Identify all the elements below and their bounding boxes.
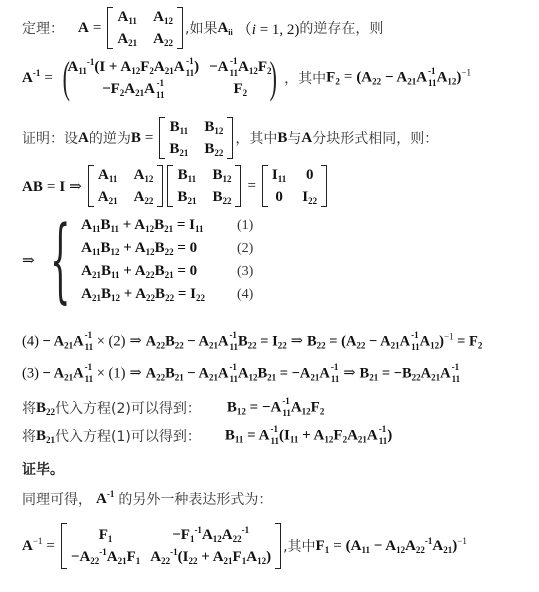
sub-1-result: B12 = −A-111A12F2: [227, 399, 324, 417]
derivation-1: (4) − A21A-111 × (2)⇒A22B22 − A21A-111B2…: [22, 330, 482, 354]
inverse-lhs: A-1=: [22, 70, 57, 87]
proof-intro-mid: 的逆为: [89, 128, 131, 148]
alt-intro-suffix: 的另外一种表达形式为：: [118, 489, 272, 509]
sub-2-result: B11 = A-111(I11 + A12F2A21A-111): [225, 427, 392, 445]
proof-var-A2: A: [301, 130, 312, 147]
qed: 证毕。: [22, 459, 64, 479]
theorem-statement: 定理： A= A11A12 A21A22 ,如果 Aii （i = 1, 2) …: [22, 6, 383, 50]
alt-where-label: ,其中: [283, 536, 315, 556]
matrix-B-lhs: B=: [131, 130, 157, 147]
sub-1-text: 代入方程(2)可以得到：: [55, 398, 201, 418]
ab-matrix-A: A11A12 A21A22: [88, 165, 164, 207]
ab-matrix-B: B11B12 B21B22: [167, 165, 241, 207]
equation-system: ⇒ { A11B11 + A12B21 = I11 (1) A11B12 + A…: [22, 212, 253, 308]
condition-range: （i = 1, 2): [237, 18, 300, 39]
document-page: 定理： A= A11A12 A21A22 ,如果 Aii （i = 1, 2) …: [0, 0, 539, 592]
ab-equation: AB=I⇒ A11A12 A21A22 B11B12 B21B22 = I110…: [22, 164, 329, 208]
implies-arrow: ⇒: [22, 251, 35, 270]
inverse-formula: A-1= ( A11-1(I + A12F2A21A-111) −A-111A1…: [22, 54, 471, 102]
substitution-2: 将 B21 代入方程(1)可以得到： B11 = A-111(I11 + A12…: [22, 424, 392, 448]
proof-intro-suffix-2: 与: [287, 128, 301, 148]
eq-number-4: (4): [237, 284, 253, 305]
sub-2-text: 代入方程(1)可以得到：: [55, 426, 201, 446]
left-brace: {: [50, 214, 70, 306]
proof-intro-suffix-3: 分块形式相同，则：: [312, 128, 438, 148]
alternative-formula: A−1= F1 −F1-1A12A22-1 −A22-1A21F1 A22-1(…: [22, 522, 467, 570]
condition-var: Aii: [217, 20, 232, 37]
matrix-B: B11B12 B21B22: [159, 117, 233, 159]
eq-number-3: (3): [237, 261, 253, 282]
theorem-label: 定理：: [22, 18, 64, 38]
proof-intro-prefix: 证明：设: [22, 128, 78, 148]
system-equations: A11B11 + A12B21 = I11 (1) A11B12 + A12B2…: [81, 215, 253, 305]
F2-definition: F2=(A22 − A21A-111A12)−1: [326, 69, 471, 87]
identity-matrix: I110 0I22: [262, 165, 327, 207]
inverse-matrix: ( A11-1(I + A12F2A21A-111) −A-111A12F2 −…: [59, 56, 280, 100]
eq-number-2: (2): [237, 238, 253, 259]
alternative-intro: 同理可得， A-1 的另外一种表达形式为：: [22, 488, 272, 510]
proof-var-A: A: [78, 130, 89, 147]
F1-definition: F1=(A11 − A12A22-1A21)−1: [316, 538, 467, 555]
condition-prefix: ,如果: [185, 18, 217, 38]
alt-lhs: A−1=: [22, 538, 59, 555]
sub-1-prefix: 将: [22, 398, 36, 418]
where-label: ，其中: [284, 68, 326, 88]
proof-intro-suffix-1: ，其中: [235, 128, 277, 148]
proof-var-B2: B: [277, 130, 287, 147]
matrix-A-lhs: A=: [78, 20, 105, 37]
eq-number-1: (1): [237, 215, 253, 236]
sub-2-prefix: 将: [22, 426, 36, 446]
substitution-1: 将 B22 代入方程(2)可以得到： B12 = −A-111A12F2: [22, 396, 324, 420]
derivation-2: (3) − A21A-111 × (1)⇒A22B21 − A21A-111A1…: [22, 362, 460, 386]
condition-suffix: 的逆存在，则: [299, 18, 383, 38]
qed-line: 证毕。: [22, 458, 64, 480]
alt-matrix: F1 −F1-1A12A22-1 −A22-1A21F1 A22-1(I22 +…: [61, 523, 281, 569]
ab-equals: =: [247, 178, 255, 195]
ab-lhs: AB=I⇒: [22, 177, 86, 196]
matrix-A: A11A12 A21A22: [107, 7, 183, 49]
proof-intro: 证明：设 A 的逆为 B= B11B12 B21B22 ，其中 B 与 A 分块…: [22, 116, 438, 160]
alt-intro-prefix: 同理可得，: [22, 489, 92, 509]
